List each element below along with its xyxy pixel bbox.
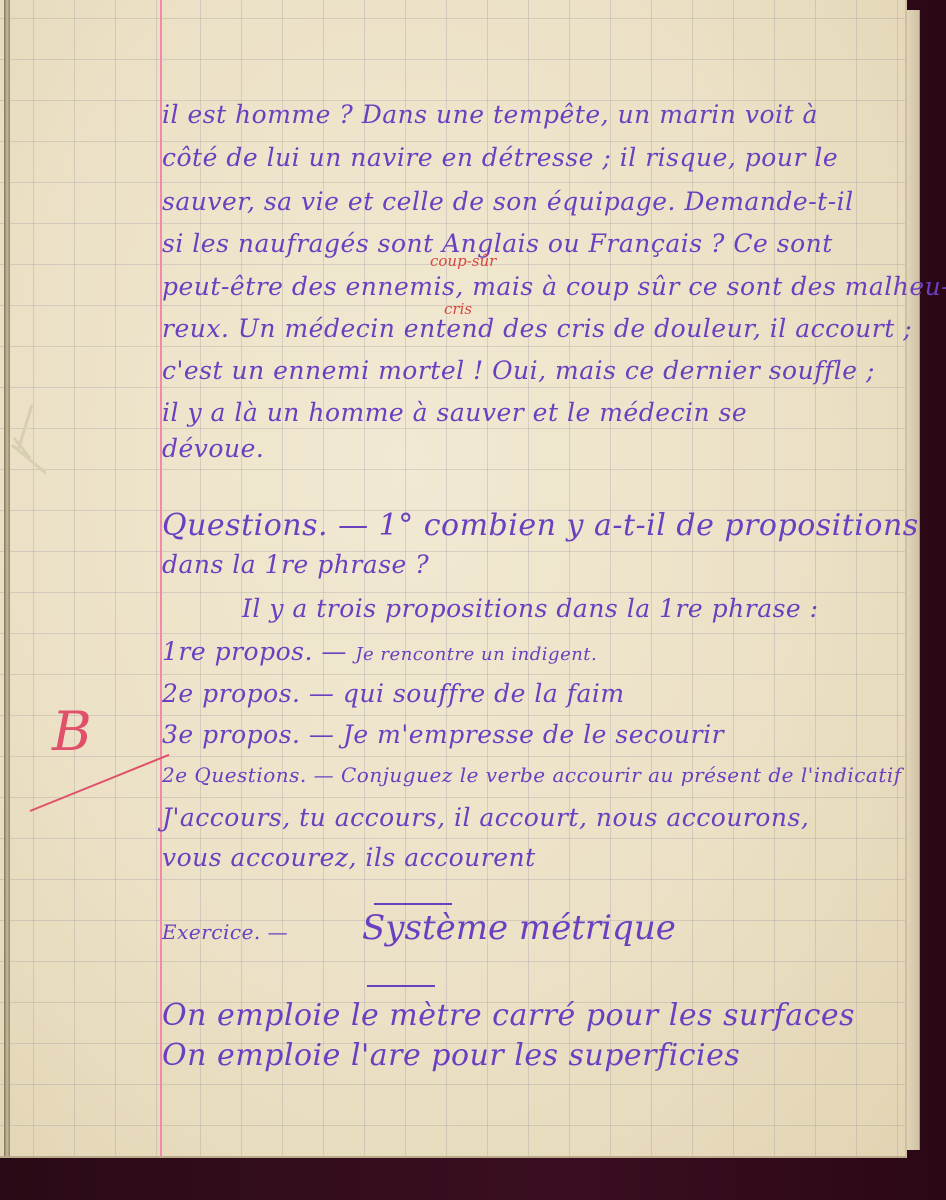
grade-mark: B — [52, 700, 92, 763]
question-1: Questions. — 1° combien y a-t-il de prop… — [162, 508, 919, 543]
proposition-row: 3e propos. — Je m'empresse de le secouri… — [162, 720, 724, 749]
exercise-title: Système métrique — [362, 908, 676, 948]
dictation-line: dévoue. — [162, 434, 264, 463]
binding-thread — [4, 0, 10, 1156]
dictation-line: sauver, sa vie et celle de son équipage.… — [162, 187, 854, 216]
conjugation-line: J'accours, tu accours, il accourt, nous … — [162, 803, 809, 832]
dictation-line: peut-être des ennemis, mais à coup sûr c… — [162, 272, 946, 301]
question-2: 2e Questions. — Conjuguez le verbe accou… — [162, 763, 902, 787]
answer-intro: Il y a trois propositions dans la 1re ph… — [242, 594, 819, 623]
dictation-line: reux. Un médecin entend des cris de doul… — [162, 314, 912, 343]
exercise-line: On emploie l'are pour les superficies — [162, 1038, 740, 1073]
proposition-label: 2e propos. — — [162, 679, 334, 708]
title-overline — [374, 903, 452, 905]
notebook-page: il est homme ? Dans une tempête, un mari… — [0, 0, 907, 1158]
dictation-line: c'est un ennemi mortel ! Oui, mais ce de… — [162, 356, 875, 385]
proposition-text: Je rencontre un indigent. — [355, 644, 597, 665]
proposition-row: 2e propos. — qui souffre de la faim — [162, 679, 625, 708]
grid-ruling — [0, 0, 905, 1156]
question-1-text: combien y a-t-il de propositions — [424, 508, 919, 543]
conjugation-line: vous accourez, ils accourent — [162, 843, 536, 872]
dictation-line: il est homme ? Dans une tempête, un mari… — [162, 100, 818, 129]
proposition-row: 1re propos. — Je rencontre un indigent. — [162, 637, 597, 666]
proposition-label: 3e propos. — — [162, 720, 334, 749]
question-2-text: Conjuguez le verbe accourir au présent d… — [341, 763, 902, 787]
dictation-line: il y a là un homme à sauver et le médeci… — [162, 398, 747, 427]
exercise-label: Exercice. — — [162, 920, 288, 944]
exercise-line: On emploie le mètre carré pour les surfa… — [162, 998, 855, 1033]
proposition-text: Je m'empresse de le secourir — [343, 720, 724, 749]
correction-note: coup-sûr — [430, 252, 496, 270]
proposition-text: qui souffre de la faim — [343, 679, 625, 708]
correction-note: cris — [444, 300, 472, 318]
question-2-label: 2e Questions. — — [162, 763, 334, 787]
title-underline — [367, 985, 435, 987]
question-1-label: Questions. — 1° — [162, 508, 414, 543]
proposition-label: 1re propos. — — [162, 637, 347, 666]
page-stack-edge — [905, 10, 920, 1150]
dictation-line: si les naufragés sont Anglais ou Françai… — [162, 229, 833, 258]
question-1-cont: dans la 1re phrase ? — [162, 550, 429, 579]
dictation-line: côté de lui un navire en détresse ; il r… — [162, 143, 838, 172]
string-knot-icon — [8, 400, 46, 480]
